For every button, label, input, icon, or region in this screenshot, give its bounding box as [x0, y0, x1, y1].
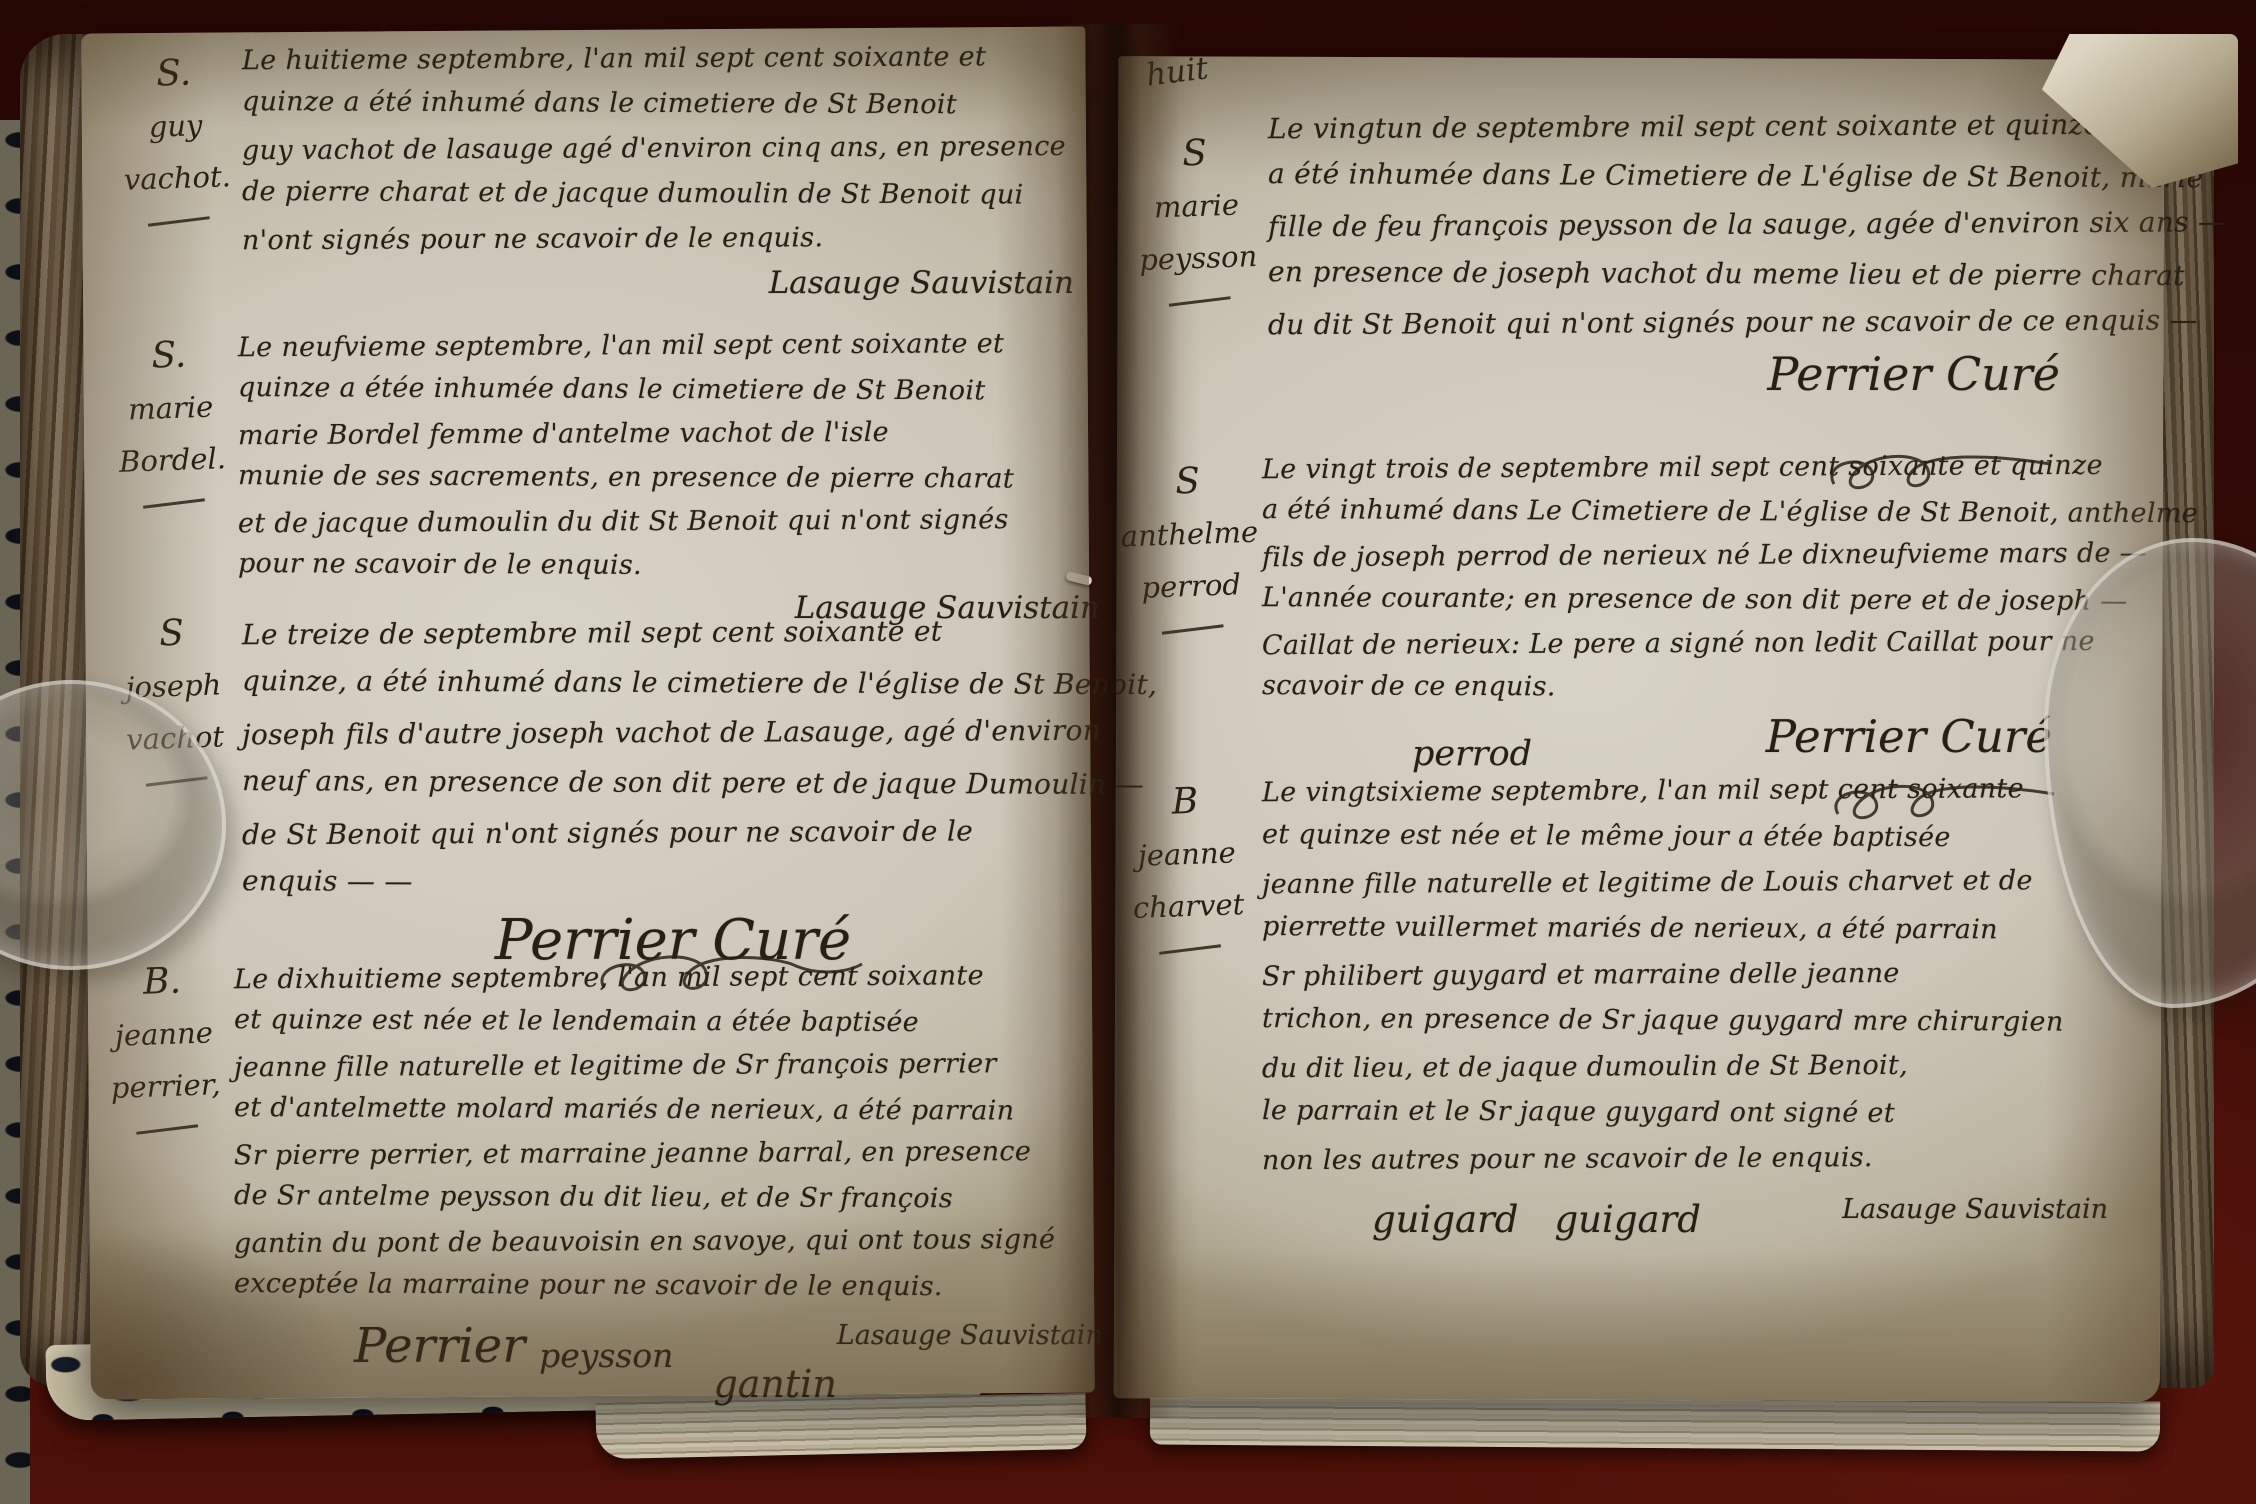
- entry-text-line: Le treize de septembre mil sept cent soi…: [242, 606, 1104, 661]
- entry-text-line: jeanne fille naturelle et legitime de Sr…: [234, 1042, 1104, 1091]
- entry-text-line: de St Benoit qui n'ont signés pour ne sc…: [242, 806, 1104, 861]
- margin-label: S.guyvachot.: [107, 34, 246, 303]
- burial-entry-guy-vachot: S.guyvachot.Le huitieme septembre, l'an …: [112, 36, 1104, 301]
- margin-initial: S: [1181, 128, 1207, 181]
- margin-dash: [1162, 624, 1224, 635]
- entry-text-line: trichon, en presence de Sr jaque guygard…: [1262, 996, 2132, 1046]
- signature: gantin: [713, 1362, 836, 1406]
- margin-initial: B.: [142, 955, 182, 1008]
- signature: Perrier Curé: [1766, 710, 2052, 763]
- entry-text-line: Caillat de nerieux: Le pere a signé non …: [1262, 620, 2132, 669]
- register-photo-scene: huit S.guyvachot.Le huitieme septembre, …: [0, 0, 2256, 1504]
- entry-text-line: quinze a été inhumé dans le cimetiere de…: [242, 79, 1104, 128]
- baptism-entry-jeanne-charvet: BjeannecharvetLe vingtsixieme septembre,…: [1122, 768, 2132, 1241]
- margin-name-line: marie: [1153, 179, 1240, 234]
- entry-text-line: joseph fils d'autre joseph vachot de Las…: [242, 706, 1104, 761]
- margin-name-line: guy: [148, 99, 203, 153]
- entry-text-line: Le huitieme septembre, l'an mil sept cen…: [242, 34, 1104, 84]
- signature-row: perrodPerrier Curé: [1262, 710, 2132, 774]
- signature: Lasauge Sauvistain: [1842, 1194, 2108, 1225]
- burial-entry-marie-bordel: S.marieBordel.Le neufvieme septembre, l'…: [108, 324, 1104, 626]
- margin-initial: S.: [155, 47, 192, 100]
- signature: Perrier: [354, 1318, 525, 1374]
- entry-text-line: fils de joseph perrod de nerieux né Le d…: [1262, 532, 2132, 581]
- bottom-page-edges-right: [1150, 1394, 2160, 1451]
- margin-name-line: perrod: [1141, 558, 1242, 613]
- margin-name-line: anthelme: [1120, 506, 1259, 563]
- entry-text-line: Le neufvieme septembre, l'an mil sept ce…: [238, 322, 1104, 371]
- signature: Lasauge Sauvistain: [837, 1320, 1103, 1351]
- entry-text-line: scavoir de ce enquis.: [1262, 664, 2132, 712]
- signature-flourish-icon: [1822, 450, 2062, 498]
- signature-flourish-icon: [1826, 780, 2066, 828]
- entry-text-line: pierrette vuillermet mariés de nerieux, …: [1262, 904, 2132, 954]
- signature: guigard: [1554, 1198, 1700, 1241]
- entry-text-line: non les autres pour ne scavoir de le enq…: [1262, 1134, 2132, 1185]
- margin-name-line: jeanne: [1137, 826, 1237, 881]
- signature-row: guigardguigardLasauge Sauvistain: [1262, 1198, 2132, 1241]
- signature-row: Lasauge Sauvistain: [242, 265, 1104, 301]
- margin-initial: S: [1174, 456, 1200, 509]
- signature: Lasauge Sauvistain: [769, 265, 1074, 301]
- margin-label: B.jeanneperrier,: [96, 954, 242, 1408]
- entry-text-line: Sr philibert guygard et marraine delle j…: [1262, 950, 2132, 1001]
- entry-text-line: de pierre charat et de jacque dumoulin d…: [242, 169, 1104, 218]
- entry-body: Le vingtun de septembre mil sept cent so…: [1268, 102, 2132, 401]
- entry-body: Le dixhuitieme septembre, l'an mil sept …: [234, 956, 1104, 1406]
- entry-text-line: munie de ses sacrements, en presence de …: [238, 454, 1104, 502]
- entry-text-line: Sr pierre perrier, et marraine jeanne ba…: [234, 1130, 1104, 1179]
- entry-body: Le huitieme septembre, l'an mil sept cen…: [242, 36, 1104, 301]
- burial-entry-marie-peysson: SmariepeyssonLe vingtun de septembre mil…: [1128, 102, 2132, 401]
- margin-initial: S: [158, 608, 184, 661]
- entry-text-line: quinze a étée inhumée dans le cimetiere …: [238, 366, 1104, 414]
- margin-name-line: perrier,: [110, 1058, 222, 1114]
- entry-text-line: Le vingtun de septembre mil sept cent so…: [1268, 100, 2132, 154]
- entry-text-line: a été inhumée dans Le Cimetiere de L'égl…: [1268, 149, 2132, 202]
- entry-text-line: neuf ans, en presence de son dit pere et…: [242, 756, 1104, 810]
- entry-text-line: le parrain et le Sr jaque guygard ont si…: [1262, 1088, 2132, 1138]
- margin-label: Smariepeysson: [1123, 100, 1273, 404]
- margin-label: S.marieBordel.: [103, 322, 243, 628]
- entry-text-line: du dit St Benoit qui n'ont signés pour n…: [1268, 296, 2132, 350]
- margin-initial: B: [1171, 776, 1199, 829]
- entry-text-line: enquis — —: [242, 856, 1104, 910]
- margin-name-line: jeanne: [114, 1006, 214, 1061]
- entry-text-line: et de jacque dumoulin du dit St Benoit q…: [238, 498, 1104, 547]
- signature: Perrier Curé: [1767, 347, 2060, 401]
- entry-text-line: exceptée la marraine pour ne scavoir de …: [234, 1262, 1104, 1310]
- entry-text-line: du dit lieu, et de jaque dumoulin de St …: [1262, 1042, 2132, 1093]
- entry-body: Le vingtsixieme septembre, l'an mil sept…: [1262, 768, 2132, 1241]
- entry-body: Le treize de septembre mil sept cent soi…: [242, 608, 1104, 973]
- margin-dash: [143, 498, 205, 509]
- signature-flourish-icon: [590, 950, 870, 1002]
- entry-text-line: et quinze est née et le lendemain a étée…: [234, 998, 1104, 1046]
- entry-text-line: quinze, a été inhumé dans le cimetiere d…: [242, 656, 1104, 710]
- entry-text-line: de Sr antelme peysson du dit lieu, et de…: [234, 1174, 1104, 1222]
- signature: guigard: [1372, 1198, 1518, 1241]
- entry-text-line: gantin du pont de beauvoisin en savoye, …: [234, 1218, 1104, 1267]
- margin-name-line: peysson: [1138, 230, 1258, 286]
- entry-text-line: n'ont signés pour ne scavoir de le enqui…: [242, 214, 1104, 264]
- signature: peysson: [539, 1336, 673, 1375]
- margin-initial: S.: [151, 329, 188, 382]
- entry-text-line: en presence de joseph vachot du meme lie…: [1268, 247, 2132, 300]
- margin-dash: [1169, 296, 1231, 307]
- signature-row: PerrierpeyssongantinLasauge Sauvistain: [234, 1318, 1104, 1406]
- entry-text-line: pour ne scavoir de le enquis.: [238, 542, 1104, 590]
- entry-text-line: fille de feu françois peysson de la saug…: [1268, 198, 2132, 252]
- margin-name-line: Bordel.: [118, 432, 227, 488]
- margin-label: Santhelmeperrod: [1116, 444, 1267, 777]
- margin-dash: [1159, 944, 1221, 955]
- burial-entry-joseph-vachot: SjosephvachotLe treize de septembre mil …: [112, 608, 1104, 973]
- baptism-entry-jeanne-perrier: B.jeanneperrier,Le dixhuitieme septembre…: [104, 956, 1104, 1406]
- margin-name-line: charvet: [1132, 878, 1245, 934]
- entry-text-line: L'année courante; en presence de son dit…: [1262, 576, 2132, 624]
- margin-dash: [136, 1124, 198, 1135]
- folio-number-word: huit: [1144, 50, 1210, 93]
- margin-dash: [148, 216, 210, 227]
- signature-row: Perrier Curé: [1268, 347, 2132, 401]
- entry-text-line: jeanne fille naturelle et legitime de Lo…: [1262, 858, 2132, 909]
- margin-name-line: marie: [127, 381, 214, 436]
- margin-name-line: vachot.: [123, 150, 232, 206]
- entry-text-line: et d'antelmette molard mariés de nerieux…: [234, 1086, 1104, 1134]
- margin-label: Bjeannecharvet: [1114, 766, 1270, 1244]
- entry-text-line: guy vachot de lasauge agé d'environ cinq…: [242, 124, 1104, 174]
- entry-text-line: marie Bordel femme d'antelme vachot de l…: [238, 410, 1104, 459]
- entry-body: Le neufvieme septembre, l'an mil sept ce…: [238, 324, 1104, 626]
